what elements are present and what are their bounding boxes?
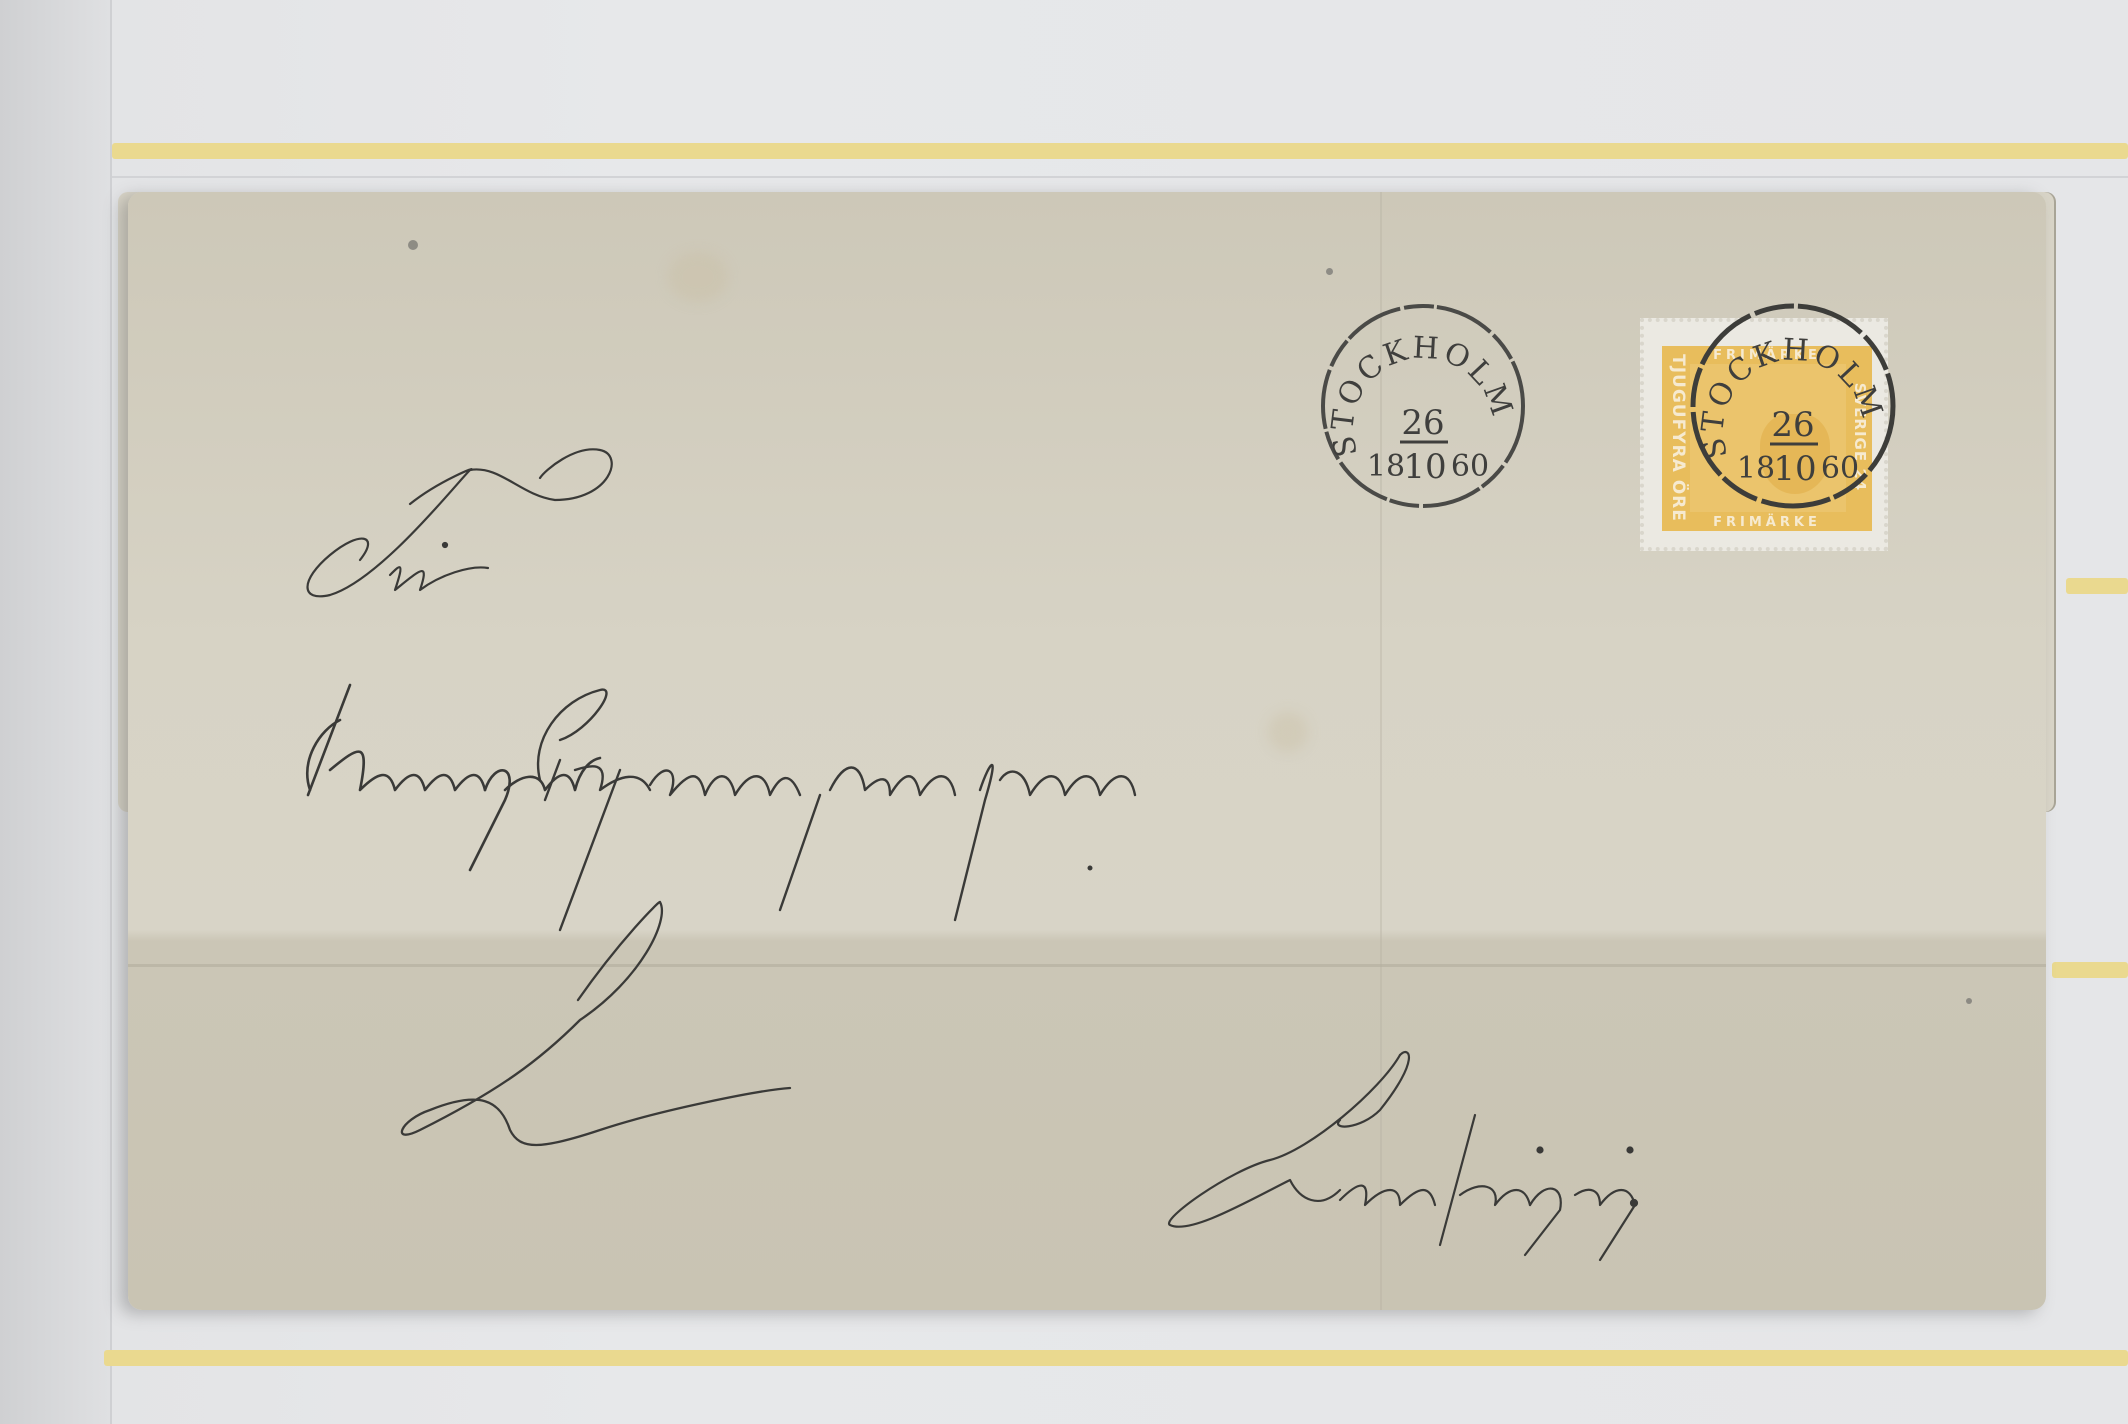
address-transcription: Till Konungens Befallningshafvande i Lin…	[0, 0, 1, 1]
script-L	[402, 902, 790, 1145]
script-befallningshafvande	[538, 690, 1135, 930]
handwritten-address	[0, 0, 2128, 1424]
script-till	[308, 449, 612, 596]
address-line-1: Till	[0, 0, 1, 1]
script-linkoping	[1169, 1052, 1637, 1260]
script-i-dot	[1088, 866, 1092, 870]
script-konungens	[307, 685, 600, 870]
